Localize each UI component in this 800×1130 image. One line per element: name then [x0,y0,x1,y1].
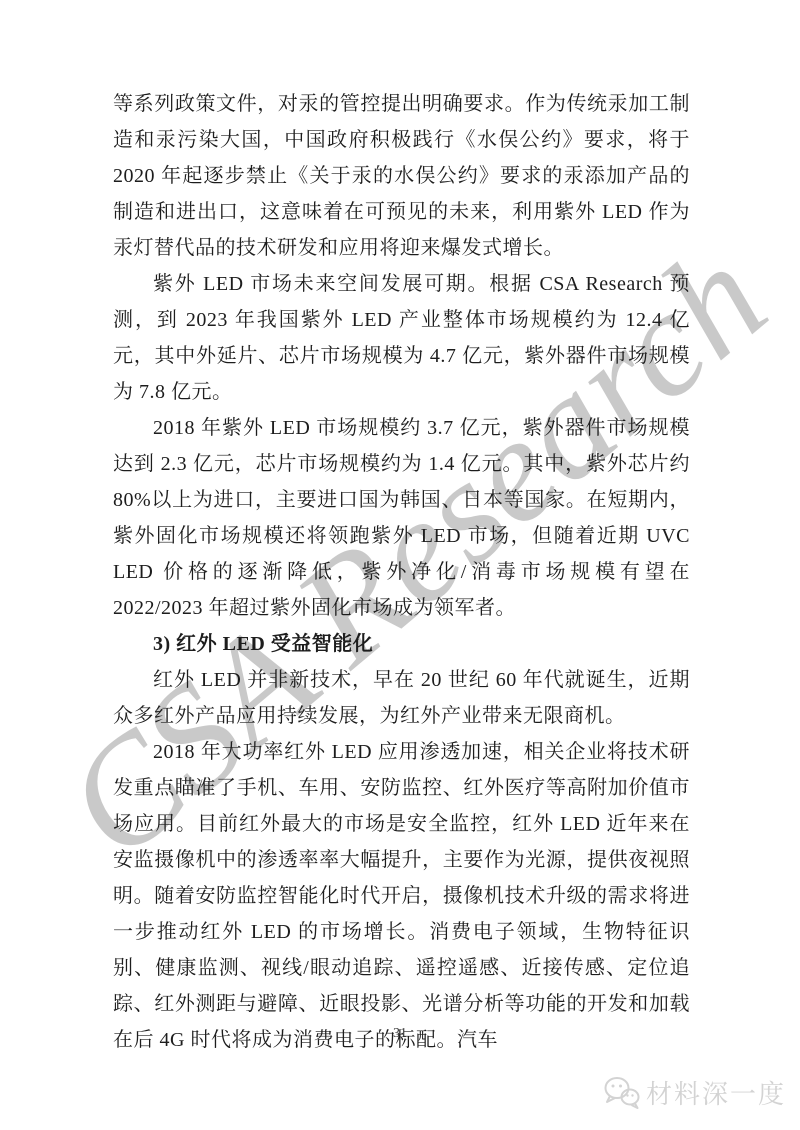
wechat-icon [602,1075,640,1111]
paragraph: 等系列政策文件，对汞的管控提出明确要求。作为传统汞加工制造和汞污染大国，中国政府… [113,86,690,266]
paragraph: 红外 LED 并非新技术，早在 20 世纪 60 年代就诞生，近期众多红外产品应… [113,662,690,734]
brand: 材料深一度 [602,1074,786,1111]
section-heading: 3) 红外 LED 受益智能化 [113,626,690,662]
document-page: CSA Research 等系列政策文件，对汞的管控提出明确要求。作为传统汞加工… [0,0,800,1130]
paragraph: 2018 年大功率红外 LED 应用渗透加速，相关企业将技术研发重点瞄准了手机、… [113,734,690,1058]
paragraph: 紫外 LED 市场未来空间发展可期。根据 CSA Research 预测，到 2… [113,266,690,410]
brand-name: 材料深一度 [646,1074,786,1111]
paragraph: 2018 年紫外 LED 市场规模约 3.7 亿元，紫外器件市场规模达到 2.3… [113,410,690,626]
page-number: 31 [0,1026,800,1042]
document-body: 等系列政策文件，对汞的管控提出明确要求。作为传统汞加工制造和汞污染大国，中国政府… [113,86,690,1058]
